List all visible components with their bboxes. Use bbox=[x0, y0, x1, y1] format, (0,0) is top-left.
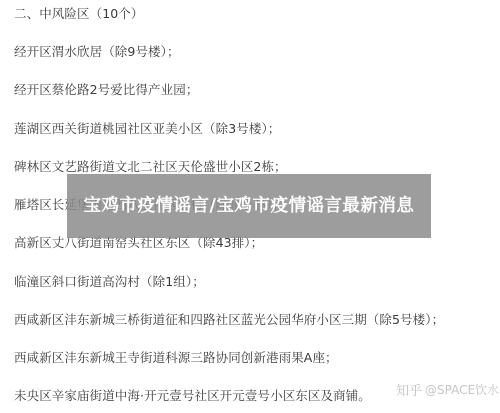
list-item: 经开区蔡伦路2号爱比得产业园； bbox=[14, 82, 198, 98]
list-item: 西咸新区沣东新城三桥街道征和四路社区蓝光公园华府小区三期（除5号楼）； bbox=[14, 312, 444, 328]
watermark: 知乎 @SPACE饮水 bbox=[396, 380, 499, 399]
zhihu-brand-logo: 知乎 bbox=[396, 380, 422, 399]
list-item: 莲湖区西关街道桃园社区亚美小区（除3号楼）； bbox=[14, 121, 280, 137]
section-heading: 二、中风险区（10个） bbox=[14, 6, 144, 22]
overlay-title: 宝鸡市疫情谣言/宝鸡市疫情谣言最新消息 bbox=[74, 195, 425, 217]
list-item: 未央区辛家庙街道中海·开元壹号社区开元壹号小区东区及商铺。 bbox=[14, 388, 371, 404]
watermark-author: @SPACE饮水 bbox=[425, 381, 499, 398]
list-item: 西咸新区沣东新城王寺街道科源三路协同创新港雨果A座； bbox=[14, 350, 338, 366]
list-item: 碑林区文艺路街道文北二社区天伦盛世小区2栋； bbox=[14, 159, 287, 175]
title-overlay-banner: 宝鸡市疫情谣言/宝鸡市疫情谣言最新消息 bbox=[67, 174, 431, 238]
list-item: 临潼区斜口街道高沟村（除1组）； bbox=[14, 274, 205, 290]
list-item: 经开区渭水欣居（除9号楼）； bbox=[14, 44, 180, 60]
